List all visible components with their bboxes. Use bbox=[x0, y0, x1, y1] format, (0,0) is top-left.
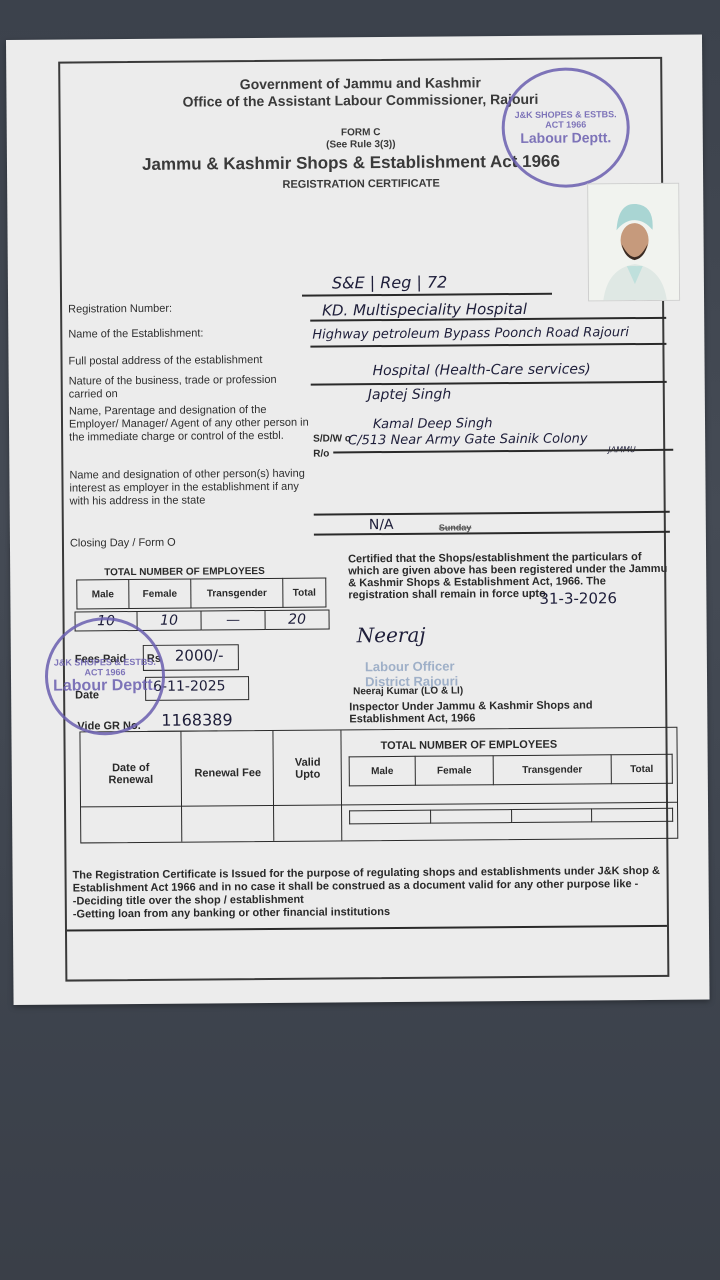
gr-number: 1168389 bbox=[161, 710, 232, 730]
renewal-employee-values bbox=[349, 808, 673, 825]
certification-text: Certified that the Shops/establishment t… bbox=[348, 551, 668, 602]
renewal-employees-title: TOTAL NUMBER OF EMPLOYEES bbox=[381, 739, 558, 752]
employees-table-title: TOTAL NUMBER OF EMPLOYEES bbox=[104, 566, 265, 578]
renewal-header-transgender: Transgender bbox=[493, 755, 611, 785]
rule bbox=[302, 293, 552, 297]
value-female: 10 bbox=[137, 611, 201, 631]
valid-upto-value: 31-3-2026 bbox=[539, 589, 617, 608]
rule bbox=[314, 511, 670, 515]
bottom-stamp-outer: J&K SHOPES & ESTBS. ACT 1966 bbox=[48, 657, 162, 678]
renewal-table: Date of Renewal Renewal Fee Valid Upto T… bbox=[79, 727, 678, 844]
renewal-header-male: Male bbox=[349, 756, 415, 786]
nature-of-business-value: Hospital (Health-Care services) bbox=[373, 361, 591, 379]
closing-day-label: Closing Day / Form O bbox=[70, 537, 176, 551]
postal-address-value: Highway petroleum Bypass Poonch Road Raj… bbox=[312, 325, 629, 342]
postal-address-label: Full postal address of the establishment bbox=[68, 354, 262, 369]
bottom-stamp: J&K SHOPES & ESTBS. ACT 1966 Labour Dept… bbox=[45, 617, 166, 736]
person-photo-icon bbox=[588, 184, 680, 302]
rule bbox=[67, 925, 667, 931]
other-persons-label: Name and designation of other person(s) … bbox=[69, 468, 309, 509]
employer-residence: C/513 Near Army Gate Sainik Colony bbox=[348, 431, 588, 448]
footer-note: The Registration Certificate is Issued f… bbox=[73, 865, 668, 896]
employer-parentage: Kamal Deep Singh bbox=[373, 416, 493, 432]
renewal-date-header: Date of Renewal bbox=[91, 762, 171, 787]
ro-label: R/o bbox=[313, 448, 329, 459]
header-transgender: Transgender bbox=[191, 578, 283, 608]
nature-of-business-label: Nature of the business, trade or profess… bbox=[69, 374, 289, 402]
footer-item-2: -Getting loan from any banking or other … bbox=[73, 906, 390, 921]
closing-day-struck: Sunday bbox=[439, 522, 472, 532]
top-stamp: J&K SHOPES & ESTBS. ACT 1966 Labour Dept… bbox=[501, 67, 630, 188]
certificate-paper: Government of Jammu and Kashmir Office o… bbox=[6, 35, 710, 1005]
top-stamp-inner: Labour Deptt. bbox=[505, 129, 627, 146]
renewal-employee-headers: Male Female Transgender Total bbox=[349, 754, 673, 787]
registration-number-label: Registration Number: bbox=[68, 303, 172, 317]
header-male: Male bbox=[77, 580, 129, 609]
registration-number-value: S&E | Reg | 72 bbox=[332, 273, 447, 293]
rule bbox=[310, 343, 666, 347]
closing-day-value: N/A bbox=[369, 517, 394, 533]
rule bbox=[311, 381, 667, 385]
fees-amount: 2000/- bbox=[175, 646, 224, 664]
renewal-valid-header: Valid Upto bbox=[286, 756, 330, 780]
officer-stamp-line1: Labour Officer bbox=[365, 658, 455, 674]
certificate-frame: Government of Jammu and Kashmir Office o… bbox=[58, 57, 669, 982]
applicant-photo bbox=[587, 183, 680, 302]
renewal-header-female: Female bbox=[415, 756, 493, 786]
renewal-fee-header: Renewal Fee bbox=[187, 767, 269, 780]
employer-label: Name, Parentage and designation of the E… bbox=[69, 404, 309, 445]
employees-table-header: Male Female Transgender Total bbox=[76, 578, 326, 610]
officer-signature: Neeraj bbox=[357, 623, 426, 648]
rule bbox=[314, 531, 670, 535]
top-stamp-outer: J&K SHOPES & ESTBS. ACT 1966 bbox=[505, 109, 627, 130]
value-transgender: — bbox=[201, 610, 265, 630]
establishment-name-label: Name of the Establishment: bbox=[68, 327, 203, 341]
bottom-stamp-inner: Labour Deptt. bbox=[48, 677, 162, 696]
officer-name: Neeraj Kumar (LO & LI) bbox=[353, 685, 463, 697]
header-total: Total bbox=[283, 578, 326, 607]
value-total: 20 bbox=[265, 610, 329, 630]
renewal-header-total: Total bbox=[611, 754, 672, 783]
sdw-label: S/D/W o bbox=[313, 433, 351, 444]
establishment-name-value: KD. Multispeciality Hospital bbox=[322, 300, 527, 320]
header-female: Female bbox=[129, 579, 191, 608]
employer-name: Japtej Singh bbox=[368, 387, 452, 404]
officer-designation: Inspector Under Jammu & Kashmir Shops an… bbox=[349, 699, 639, 725]
